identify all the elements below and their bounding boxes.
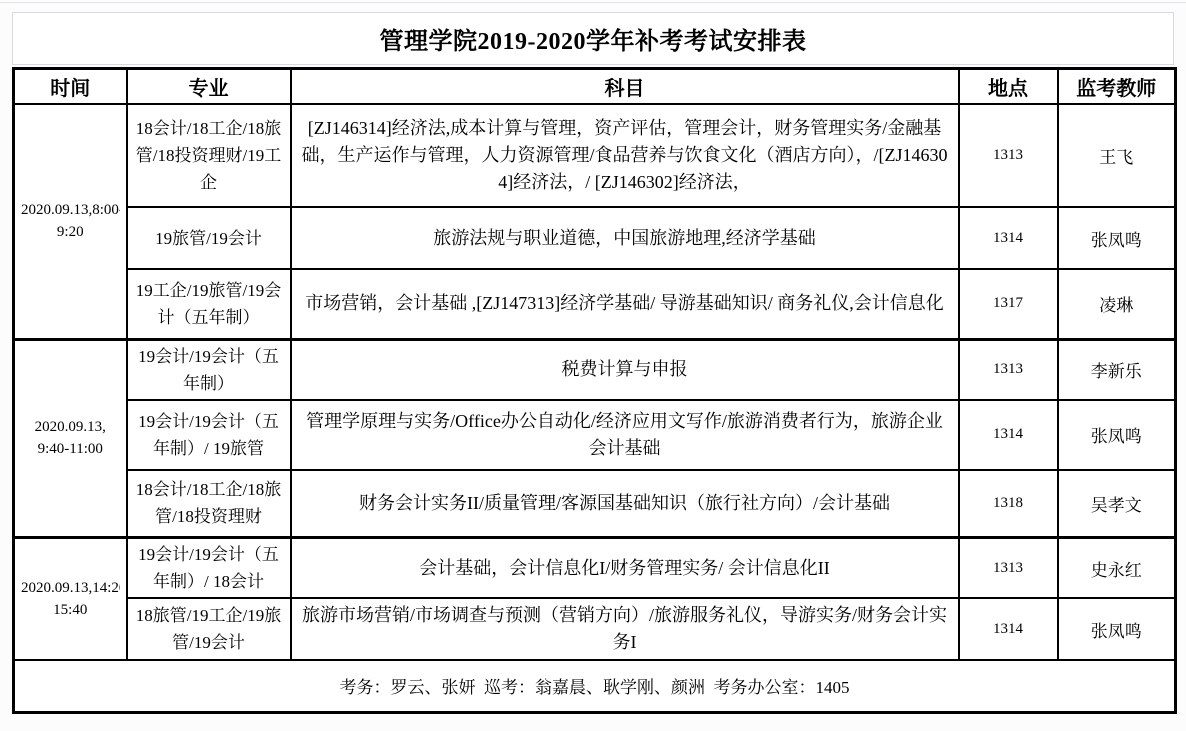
subject-cell: 税费计算与申报 xyxy=(291,339,959,400)
subject-cell: 管理学原理与实务/Office办公自动化/经济应用文写作/旅游消费者行为，旅游企… xyxy=(291,400,959,470)
teacher-cell: 史永红 xyxy=(1058,538,1176,599)
column-header-time: 时间 xyxy=(14,69,127,105)
location-cell: 1314 xyxy=(959,400,1058,470)
major-cell: 19会计/19会计（五年制） xyxy=(127,339,291,400)
time-cell: 2020.09.13, 9:40-11:00 xyxy=(14,339,127,538)
column-header-subject: 科目 xyxy=(291,69,959,105)
column-header-major: 专业 xyxy=(127,69,291,105)
teacher-cell: 张凤鸣 xyxy=(1058,400,1176,470)
time-line-2: 9:40-11:00 xyxy=(21,438,120,460)
major-cell: 18旅管/19工企/19旅管/19会计 xyxy=(127,598,291,660)
location-cell: 1313 xyxy=(959,339,1058,400)
major-cell: 19旅管/19会计 xyxy=(127,207,291,269)
subject-cell: [ZJ146314]经济法,成本计算与管理，资产评估，管理会计，财务管理实务/金… xyxy=(291,104,959,207)
teacher-cell: 李新乐 xyxy=(1058,339,1176,400)
location-cell: 1318 xyxy=(959,470,1058,538)
time-line-1: 2020.09.13,8:00- xyxy=(21,199,120,221)
major-cell: 18会计/18工企/18旅管/18投资理财/19工企 xyxy=(127,104,291,207)
time-line-1: 2020.09.13,14:20- xyxy=(21,577,120,599)
teacher-cell: 张凤鸣 xyxy=(1058,207,1176,269)
time-line-1: 2020.09.13, xyxy=(21,416,120,438)
teacher-cell: 凌琳 xyxy=(1058,269,1176,339)
location-cell: 1317 xyxy=(959,269,1058,339)
table-row: 19会计/19会计（五年制）/ 19旅管 管理学原理与实务/Office办公自动… xyxy=(14,400,1176,470)
time-cell: 2020.09.13,14:20- 15:40 xyxy=(14,538,127,661)
teacher-cell: 王飞 xyxy=(1058,104,1176,207)
table-row: 18旅管/19工企/19旅管/19会计 旅游市场营销/市场调查与预测（营销方向）… xyxy=(14,598,1176,660)
time-line-2: 15:40 xyxy=(21,599,120,621)
table-row: 2020.09.13, 9:40-11:00 19会计/19会计（五年制） 税费… xyxy=(14,339,1176,400)
subject-cell: 市场营销，会计基础 ,[ZJ147313]经济学基础/ 导游基础知识/ 商务礼仪… xyxy=(291,269,959,339)
subject-cell: 会计基础，会计信息化I/财务管理实务/ 会计信息化II xyxy=(291,538,959,599)
location-cell: 1314 xyxy=(959,207,1058,269)
table-row: 19旅管/19会计 旅游法规与职业道德，中国旅游地理,经济学基础 1314 张凤… xyxy=(14,207,1176,269)
column-header-teacher: 监考教师 xyxy=(1058,69,1176,105)
teacher-cell: 吴孝文 xyxy=(1058,470,1176,538)
teacher-cell: 张凤鸣 xyxy=(1058,598,1176,660)
major-cell: 19会计/19会计（五年制）/ 19旅管 xyxy=(127,400,291,470)
table-row: 2020.09.13,8:00- 9:20 18会计/18工企/18旅管/18投… xyxy=(14,104,1176,207)
subject-cell: 旅游法规与职业道德，中国旅游地理,经济学基础 xyxy=(291,207,959,269)
footer-row: 考务：罗云、张妍 巡考：翁嘉晨、耿学刚、颜洲 考务办公室：1405 xyxy=(14,660,1176,712)
table-row: 18会计/18工企/18旅管/18投资理财 财务会计实务II/质量管理/客源国基… xyxy=(14,470,1176,538)
time-cell: 2020.09.13,8:00- 9:20 xyxy=(14,104,127,339)
location-cell: 1314 xyxy=(959,598,1058,660)
subject-cell: 财务会计实务II/质量管理/客源国基础知识（旅行社方向）/会计基础 xyxy=(291,470,959,538)
page-title: 管理学院2019-2020学年补考考试安排表 xyxy=(12,12,1174,65)
footer-note: 考务：罗云、张妍 巡考：翁嘉晨、耿学刚、颜洲 考务办公室：1405 xyxy=(14,660,1176,712)
top-divider xyxy=(0,2,1186,3)
header-row: 时间 专业 科目 地点 监考教师 xyxy=(14,69,1176,105)
exam-schedule-table: 时间 专业 科目 地点 监考教师 2020.09.13,8:00- 9:20 1… xyxy=(12,67,1177,714)
location-cell: 1313 xyxy=(959,538,1058,599)
table-header: 时间 专业 科目 地点 监考教师 xyxy=(14,69,1176,105)
column-header-location: 地点 xyxy=(959,69,1058,105)
major-cell: 18会计/18工企/18旅管/18投资理财 xyxy=(127,470,291,538)
location-cell: 1313 xyxy=(959,104,1058,207)
table-row: 2020.09.13,14:20- 15:40 19会计/19会计（五年制）/ … xyxy=(14,538,1176,599)
subject-cell: 旅游市场营销/市场调查与预测（营销方向）/旅游服务礼仪，导游实务/财务会计实务I xyxy=(291,598,959,660)
major-cell: 19工企/19旅管/19会计（五年制） xyxy=(127,269,291,339)
major-cell: 19会计/19会计（五年制）/ 18会计 xyxy=(127,538,291,599)
table-row: 19工企/19旅管/19会计（五年制） 市场营销，会计基础 ,[ZJ147313… xyxy=(14,269,1176,339)
time-line-2: 9:20 xyxy=(21,221,120,243)
